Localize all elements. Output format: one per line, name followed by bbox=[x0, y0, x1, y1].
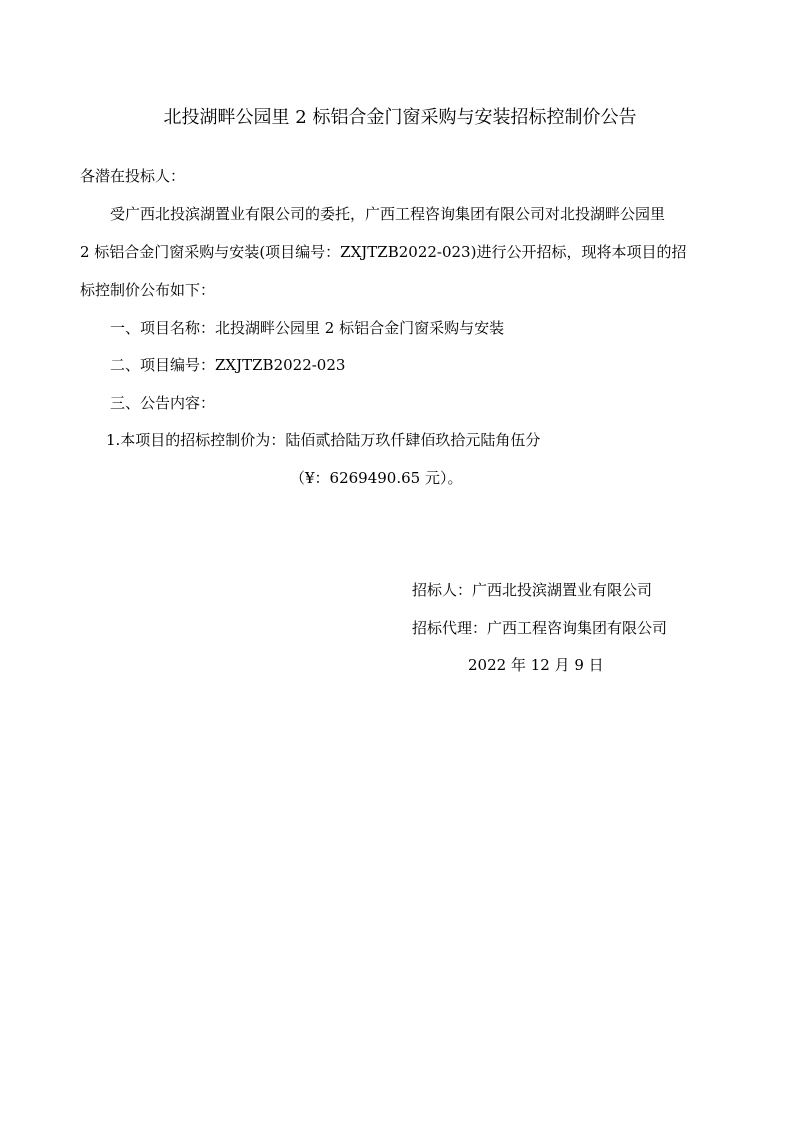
amount: （¥：6269490.65 元）。 bbox=[290, 468, 462, 488]
tender-agent: 招标代理：广西工程咨询集团有限公司 bbox=[412, 618, 667, 638]
intro-line-1: 受广西北投滨湖置业有限公司的委托，广西工程咨询集团有限公司对北投湖畔公园里 bbox=[110, 204, 665, 224]
tenderer: 招标人：广西北投滨湖置业有限公司 bbox=[412, 580, 652, 600]
intro-line-3: 标控制价公布如下： bbox=[80, 280, 215, 300]
item-announcement-content: 三、公告内容： bbox=[110, 393, 215, 413]
content-item-price: 1.本项目的招标控制价为：陆佰贰拾陆万玖仟肆佰玖拾元陆角伍分 bbox=[106, 430, 540, 450]
item-project-name: 一、项目名称：北投湖畔公园里 2 标铝合金门窗采购与安装 bbox=[110, 318, 504, 338]
intro-line-2: 2 标铝合金门窗采购与安装(项目编号：ZXJTZB2022-023)进行公开招标… bbox=[80, 242, 686, 262]
item-project-number: 二、项目编号：ZXJTZB2022-023 bbox=[110, 355, 345, 375]
page-title: 北投湖畔公园里 2 标铝合金门窗采购与安装招标控制价公告 bbox=[0, 106, 800, 130]
date: 2022 年 12 月 9 日 bbox=[468, 655, 604, 675]
salutation: 各潜在投标人： bbox=[80, 166, 185, 186]
